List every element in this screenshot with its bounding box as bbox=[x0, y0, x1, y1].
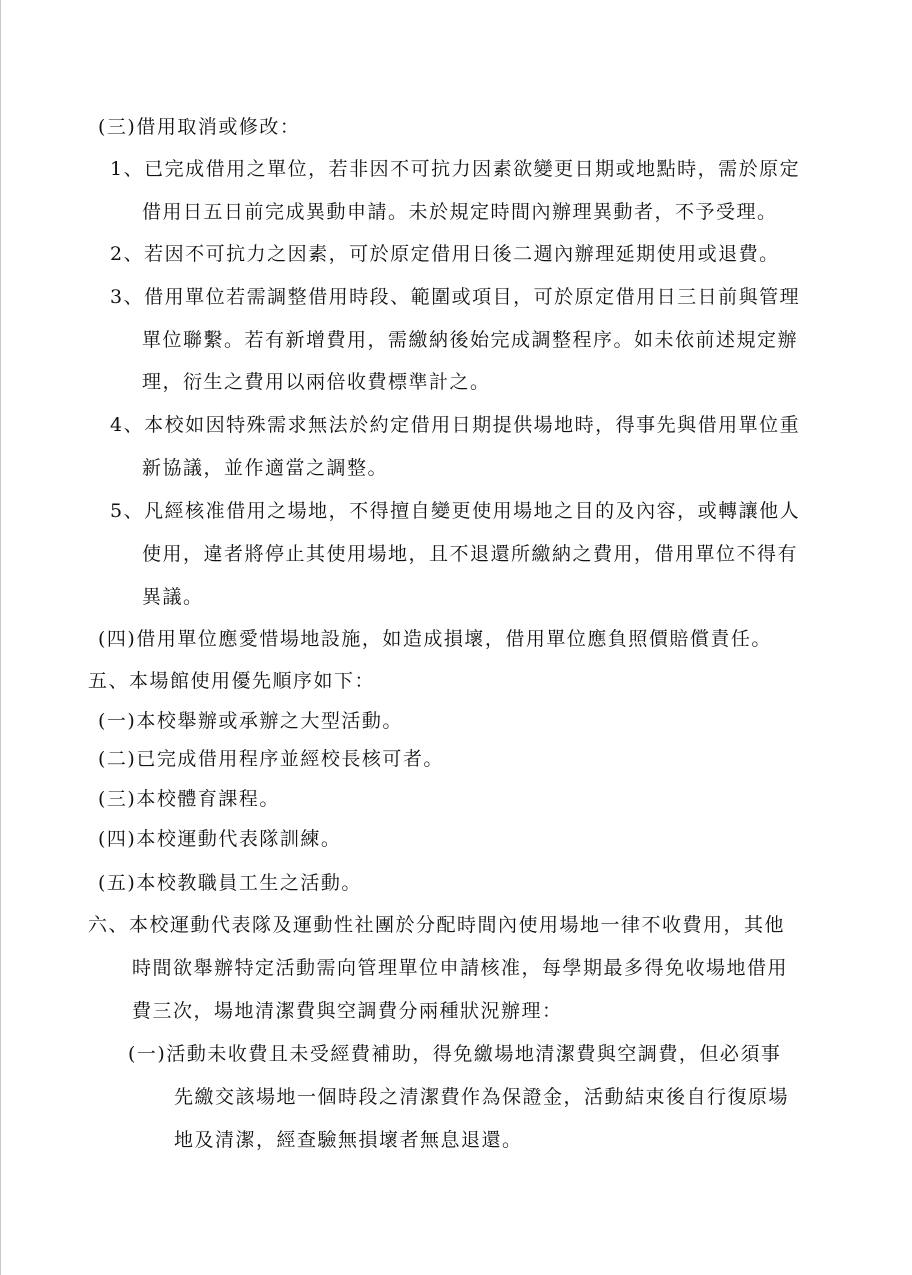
priority-item-1: (一)本校舉辦或承辦之大型活動。 bbox=[98, 709, 403, 733]
section-five-heading: 五、本場館使用優先順序如下： bbox=[88, 669, 375, 693]
list-item-5-line-3: 異議。 bbox=[142, 585, 204, 609]
priority-item-4: (四)本校運動代表隊訓練。 bbox=[98, 827, 341, 851]
fee-case-1-line-3: 地及清潔，經查驗無損壞者無息退還。 bbox=[174, 1128, 523, 1152]
priority-item-2: (二)已完成借用程序並經校長核可者。 bbox=[98, 747, 444, 771]
priority-item-5: (五)本校教職員工生之活動。 bbox=[98, 871, 362, 895]
subsection-facility-care: (四)借用單位應愛惜場地設施，如造成損壞，借用單位應負照價賠償責任。 bbox=[98, 627, 772, 651]
fee-case-1-line-1: (一)活動未收費且未受經費補助，得免繳場地清潔費與空調費，但必須事 bbox=[128, 1042, 781, 1066]
list-item-3-line-3: 理，衍生之費用以兩倍收費標準計之。 bbox=[142, 370, 491, 394]
list-item-4-line-2: 新協議，並作適當之調整。 bbox=[142, 456, 388, 480]
list-item-1-line-1: 1、已完成借用之單位，若非因不可抗力因素欲變更日期或地點時，需於原定 bbox=[110, 157, 800, 181]
list-item-2-line-1: 2、若因不可抗力之因素，可於原定借用日後二週內辦理延期使用或退費。 bbox=[110, 242, 780, 266]
subsection-heading-cancel-modify: (三)借用取消或修改： bbox=[98, 115, 300, 139]
section-six-line-3: 費三次，場地清潔費與空調費分兩種狀況辦理： bbox=[132, 999, 563, 1023]
list-item-5-line-1: 5、凡經核准借用之場地，不得擅自變更使用場地之目的及內容，或轉讓他人 bbox=[110, 499, 800, 523]
page-left-edge bbox=[0, 0, 1, 1275]
list-item-4-line-1: 4、本校如因特殊需求無法於約定借用日期提供場地時，得事先與借用單位重 bbox=[110, 413, 800, 437]
priority-item-3: (三)本校體育課程。 bbox=[98, 787, 280, 811]
list-item-1-line-2: 借用日五日前完成異動申請。未於規定時間內辦理異動者，不予受理。 bbox=[142, 200, 778, 224]
section-six-line-1: 六、本校運動代表隊及運動性社團於分配時間內使用場地一律不收費用，其他 bbox=[88, 913, 785, 937]
list-item-3-line-2: 單位聯繫。若有新增費用，需繳納後始完成調整程序。如未依前述規定辦 bbox=[142, 328, 798, 352]
list-item-3-line-1: 3、借用單位若需調整借用時段、範圍或項目，可於原定借用日三日前與管理 bbox=[110, 285, 800, 309]
fee-case-1-line-2: 先繳交該場地一個時段之清潔費作為保證金，活動結束後自行復原場 bbox=[174, 1085, 789, 1109]
list-item-5-line-2: 使用，違者將停止其使用場地，且不退還所繳納之費用，借用單位不得有 bbox=[142, 542, 798, 566]
section-six-line-2: 時間欲舉辦特定活動需向管理單位申請核准，每學期最多得免收場地借用 bbox=[132, 956, 788, 980]
